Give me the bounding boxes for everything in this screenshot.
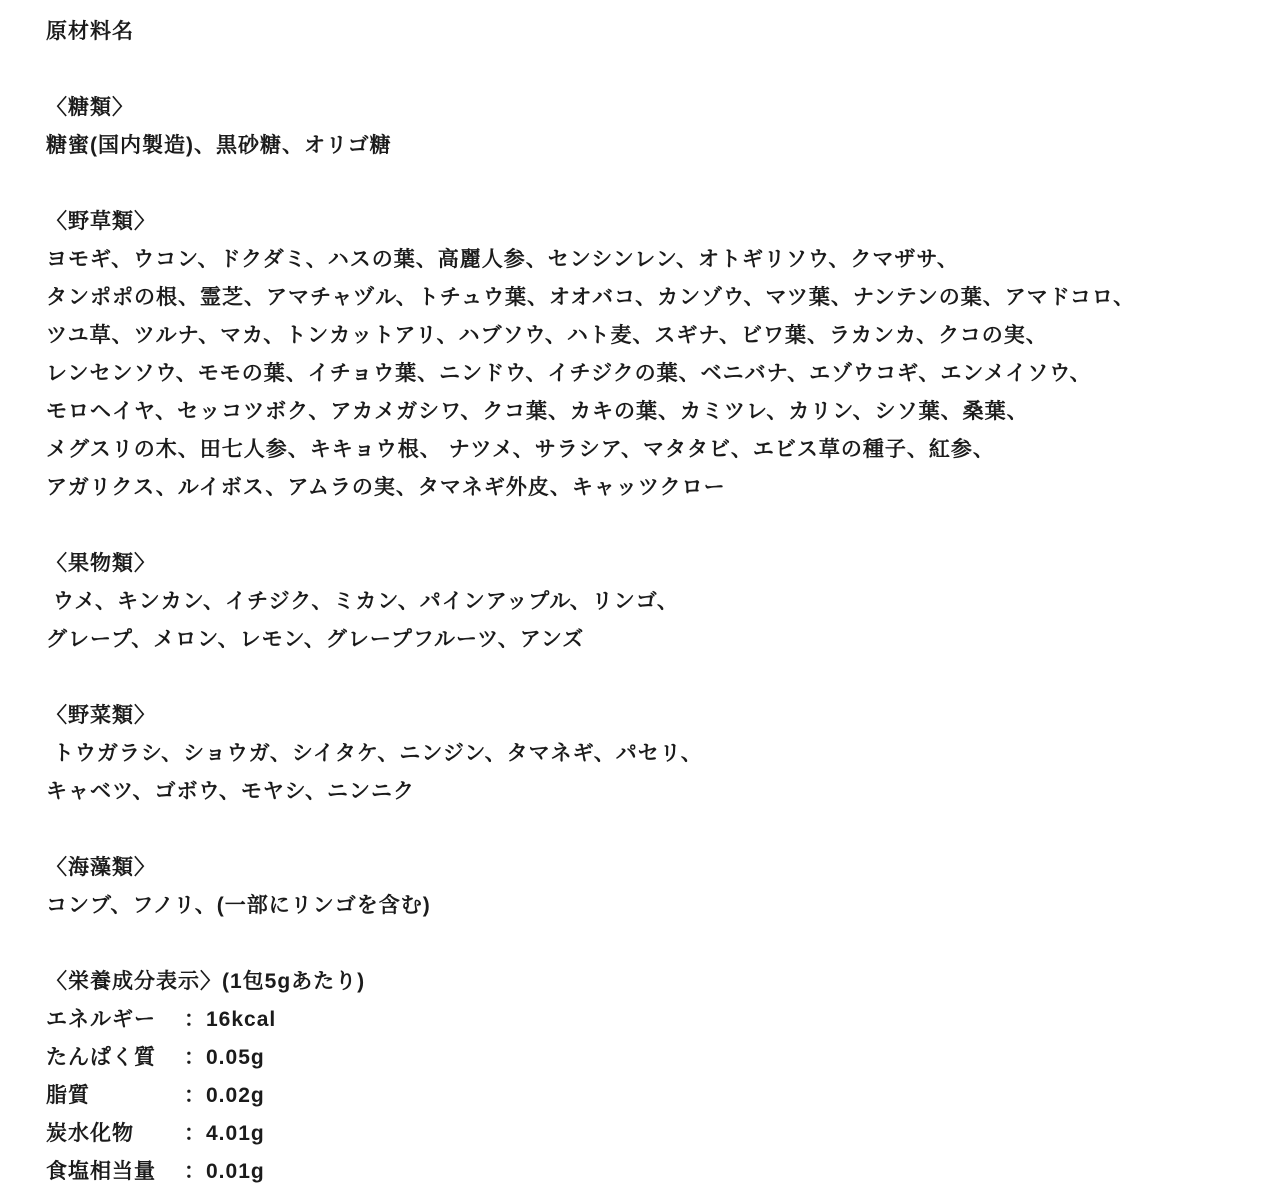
nutrition-header: 〈栄養成分表示〉(1包5gあたり)	[46, 963, 1267, 1001]
nutrition-label: 食塩相当量	[46, 1153, 184, 1191]
ingredient-line: キャベツ、ゴボウ、モヤシ、ニンニク	[46, 773, 1267, 811]
nutrition-label: エネルギー	[46, 1001, 184, 1039]
nutrition-row-energy: エネルギー：16kcal	[46, 1001, 1267, 1039]
section-vegetables-header: 〈野菜類〉	[46, 697, 1267, 735]
nutrition-row-carbohydrate: 炭水化物：4.01g	[46, 1115, 1267, 1153]
ingredient-line: ウメ、キンカン、イチジク、ミカン、パインアップル、リンゴ、	[46, 583, 1267, 621]
section-sugars-header: 〈糖類〉	[46, 89, 1267, 127]
section-fruits-header: 〈果物類〉	[46, 545, 1267, 583]
section-vegetables: 〈野菜類〉 トウガラシ、ショウガ、シイタケ、ニンジン、タマネギ、パセリ、 キャベ…	[46, 697, 1267, 811]
ingredient-line: ヨモギ、ウコン、ドクダミ、ハスの葉、高麗人参、センシンレン、オトギリソウ、クマザ…	[46, 241, 1267, 279]
section-seaweeds: 〈海藻類〉 コンブ、フノリ、(一部にリンゴを含む)	[46, 849, 1267, 925]
section-wild-plants-header: 〈野草類〉	[46, 203, 1267, 241]
nutrition-value: ：0.02g	[184, 1084, 265, 1107]
nutrition-row-protein: たんぱく質：0.05g	[46, 1039, 1267, 1077]
nutrition-value: ：0.05g	[184, 1046, 265, 1069]
nutrition-label: たんぱく質	[46, 1039, 184, 1077]
ingredient-line: コンブ、フノリ、(一部にリンゴを含む)	[46, 887, 1267, 925]
nutrition-label: 炭水化物	[46, 1115, 184, 1153]
section-wild-plants: 〈野草類〉 ヨモギ、ウコン、ドクダミ、ハスの葉、高麗人参、センシンレン、オトギリ…	[46, 203, 1267, 507]
ingredient-line: ツユ草、ツルナ、マカ、トンカットアリ、ハブソウ、ハト麦、スギナ、ビワ葉、ラカンカ…	[46, 317, 1267, 355]
ingredient-line: モロヘイヤ、セッコツボク、アカメガシワ、クコ葉、カキの葉、カミツレ、カリン、シソ…	[46, 393, 1267, 431]
ingredient-line: メグスリの木、田七人参、キキョウ根、 ナツメ、サラシア、マタタビ、エビス草の種子…	[46, 431, 1267, 469]
ingredient-line: タンポポの根、霊芝、アマチャヅル、トチュウ葉、オオバコ、カンゾウ、マツ葉、ナンテ…	[46, 279, 1267, 317]
nutrition-value: ：16kcal	[184, 1008, 276, 1031]
nutrition-row-salt: 食塩相当量：0.01g	[46, 1153, 1267, 1191]
section-fruits: 〈果物類〉 ウメ、キンカン、イチジク、ミカン、パインアップル、リンゴ、 グレープ…	[46, 545, 1267, 659]
section-nutrition-facts: 〈栄養成分表示〉(1包5gあたり) エネルギー：16kcal たんぱく質：0.0…	[46, 963, 1267, 1191]
page-title: 原材料名	[46, 13, 1267, 51]
ingredients-document: 原材料名 〈糖類〉 糖蜜(国内製造)、黒砂糖、オリゴ糖 〈野草類〉 ヨモギ、ウコ…	[0, 0, 1267, 1191]
nutrition-label: 脂質	[46, 1077, 184, 1115]
ingredient-line: グレープ、メロン、レモン、グレープフルーツ、アンズ	[46, 621, 1267, 659]
ingredient-line: アガリクス、ルイボス、アムラの実、タマネギ外皮、キャッツクロー	[46, 469, 1267, 507]
nutrition-value: ：0.01g	[184, 1160, 265, 1183]
ingredient-line: レンセンソウ、モモの葉、イチョウ葉、ニンドウ、イチジクの葉、ベニバナ、エゾウコギ…	[46, 355, 1267, 393]
nutrition-value: ：4.01g	[184, 1122, 265, 1145]
section-seaweeds-header: 〈海藻類〉	[46, 849, 1267, 887]
section-sugars: 〈糖類〉 糖蜜(国内製造)、黒砂糖、オリゴ糖	[46, 89, 1267, 165]
nutrition-row-fat: 脂質：0.02g	[46, 1077, 1267, 1115]
ingredient-line: 糖蜜(国内製造)、黒砂糖、オリゴ糖	[46, 127, 1267, 165]
ingredient-line: トウガラシ、ショウガ、シイタケ、ニンジン、タマネギ、パセリ、	[46, 735, 1267, 773]
